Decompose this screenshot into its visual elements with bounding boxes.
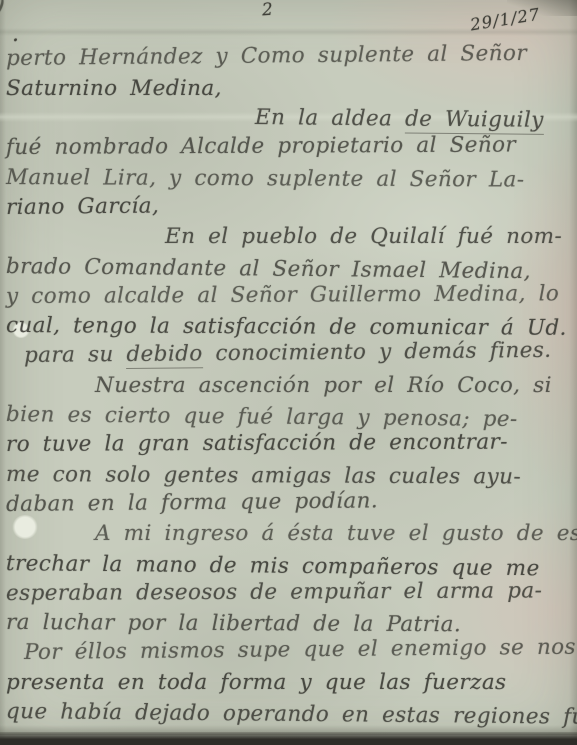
underlined-words: de Wuiguily: [405, 107, 544, 135]
manuscript-line: Nuestra ascención por el Río Coco, si: [95, 373, 552, 398]
manuscript-line: Por éllos mismos supe que el enemigo se …: [24, 635, 576, 665]
manuscript-line: y como alcalde al Señor Guillermo Medina…: [6, 281, 559, 309]
manuscript-page: ) . 2 29/1/27 perto Hernández y Como sup…: [0, 0, 577, 745]
manuscript-line: presenta en toda forma y que las fuerzas: [6, 670, 506, 695]
page-number: 2: [261, 0, 273, 20]
manuscript-line: brado Comandante al Señor Ismael Medina,: [6, 254, 531, 284]
corner-dot: .: [12, 22, 19, 47]
manuscript-line: En la aldea de Wuiguily: [255, 105, 544, 133]
manuscript-line: En el pueblo de Quilalí fué nom-: [165, 224, 562, 249]
manuscript-line: Manuel Lira, y como suplente al Señor La…: [6, 165, 525, 193]
manuscript-line: cual, tengo la satisfacción de comunicar…: [6, 313, 567, 341]
manuscript-line: riano García,: [6, 193, 159, 219]
manuscript-line: fué nombrado Alcalde propietario al Seño…: [6, 133, 516, 160]
manuscript-line: me con solo gentes amigas las cuales ayu…: [6, 462, 521, 490]
paper-spot: [12, 515, 38, 539]
scan-bottom-edge: [0, 732, 577, 745]
manuscript-line: ro tuve la gran satisfacción de encontra…: [6, 430, 508, 457]
underlined-words: debido: [126, 341, 202, 369]
manuscript-line: Saturnino Medina,: [6, 76, 222, 101]
manuscript-line: bien es cierto que fué larga y penosa; p…: [6, 402, 518, 432]
manuscript-line: perto Hernández y Como suplente al Señor: [6, 41, 527, 71]
manuscript-line: ra luchar por la libertad de la Patria.: [6, 610, 461, 637]
corner-mark: ): [0, 0, 7, 23]
manuscript-line: daban en la forma que podían.: [6, 488, 378, 517]
page-date: 29/1/27: [469, 5, 542, 35]
manuscript-line: A mi ingreso á ésta tuve el gusto de es-: [95, 521, 577, 546]
manuscript-line: esperaban deseosos de empuñar el arma pa…: [6, 578, 542, 606]
manuscript-line: trechar la mano de mis compañeros que me: [6, 551, 540, 581]
manuscript-line: para su debido conocimiento y demás fine…: [24, 338, 552, 368]
